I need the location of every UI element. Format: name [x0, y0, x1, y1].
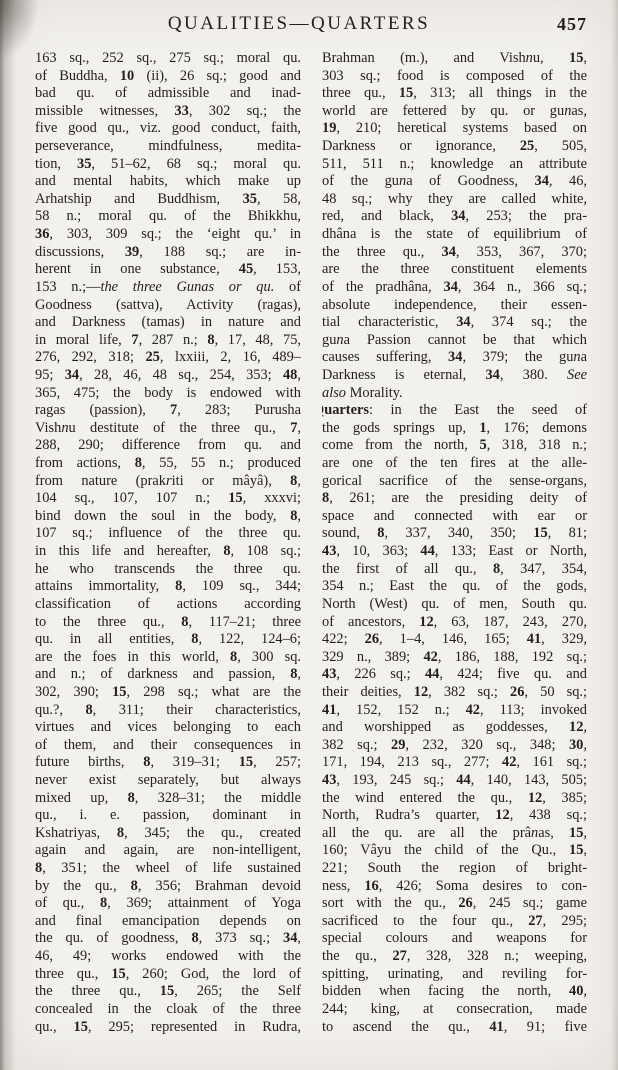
text-line: three qu., 15, 313; all things in the	[322, 85, 587, 103]
text-line: 221; South the region of bright-	[322, 860, 587, 878]
text-line: 46, 49; works endowed with the	[35, 948, 301, 966]
text-line: mixed up, 8, 328–31; the middle	[35, 790, 301, 808]
text-line: 104 sq., 107, 107 n.; 15, xxxvi;	[35, 490, 301, 508]
text-line: of them, and their consequences in	[35, 737, 301, 755]
text-line: Quarters: in the East the seed of	[322, 402, 587, 420]
text-line: 303 sq.; food is composed of the	[322, 68, 587, 86]
text-line: ness, 16, 426; Soma desires to con-	[322, 878, 587, 896]
text-line: he who transcends the three qu.	[35, 561, 301, 579]
text-line: the wind entered the qu., 12, 385;	[322, 790, 587, 808]
text-line: of the pradhâna, 34, 364 n., 366 sq.;	[322, 279, 587, 297]
text-line: 107 sq.; influence of the three qu.	[35, 525, 301, 543]
text-line: of qu., 8, 369; attainment of Yoga	[35, 895, 301, 913]
text-line: never exist separately, but always	[35, 772, 301, 790]
text-line: world are fettered by qu. or gunas,	[322, 103, 587, 121]
text-line: 160; Vâyu the child of the Qu., 15,	[322, 842, 587, 860]
text-line: 8, 261; are the presiding deity of	[322, 490, 587, 508]
text-line: the qu. of goodness, 8, 373 sq.; 34,	[35, 930, 301, 948]
text-line: guna Passion cannot be that which	[322, 332, 587, 350]
text-line: space and connected with ear or	[322, 508, 587, 526]
text-line: tion, 35, 51–62, 68 sq.; moral qu.	[35, 156, 301, 174]
text-line: 171, 194, 213 sq., 277; 42, 161 sq.;	[322, 754, 587, 772]
text-line: the three qu., 34, 353, 367, 370;	[322, 244, 587, 262]
running-header: QUALITIES—QUARTERS	[0, 13, 608, 35]
text-line: causes suffering, 34, 379; the guna	[322, 349, 587, 367]
text-line: of Buddha, 10 (ii), 26 sq.; good and	[35, 68, 301, 86]
text-line: all the qu. are all the prânas, 15,	[322, 825, 587, 843]
text-line: 43, 10, 363; 44, 133; East or North,	[322, 543, 587, 561]
text-line: come from the north, 5, 318, 318 n.;	[322, 437, 587, 455]
page-number: 457	[557, 14, 587, 35]
text-line: and Darkness (tamas) in nature and	[35, 314, 301, 332]
text-line: tial characteristic, 34, 374 sq.; the	[322, 314, 587, 332]
text-line: qu., 15, 295; represented in Rudra,	[35, 1019, 301, 1037]
text-line: absolute independence, their essen-	[322, 297, 587, 315]
text-line: their deities, 12, 382 sq.; 26, 50 sq.;	[322, 684, 587, 702]
text-line: and worshipped as goddesses, 12,	[322, 719, 587, 737]
text-line: are the foes in this world, 8, 300 sq.	[35, 649, 301, 667]
text-line: and final emancipation depends on	[35, 913, 301, 931]
text-line: Vishnu destitute of the three qu., 7,	[35, 420, 301, 438]
text-line: missible witnesses, 33, 302 sq.; the	[35, 103, 301, 121]
text-line: herent in one substance, 45, 153,	[35, 261, 301, 279]
text-line: to the three qu., 8, 117–21; three	[35, 614, 301, 632]
text-line: red, and black, 34, 253; the pra-	[322, 208, 587, 226]
text-line: 276, 292, 318; 25, lxxiii, 2, 16, 489–	[35, 349, 301, 367]
text-line: bind down the soul in the body, 8,	[35, 508, 301, 526]
text-line: 43, 193, 245 sq.; 44, 140, 143, 505;	[322, 772, 587, 790]
scanned-page: QUALITIES—QUARTERS 457 163 sq., 252 sq.,…	[0, 0, 618, 1070]
text-line: attains immortality, 8, 109 sq., 344;	[35, 578, 301, 596]
text-line: also Morality.	[322, 385, 587, 403]
text-line: North, Rudra’s quarter, 12, 438 sq.;	[322, 807, 587, 825]
text-line: dhâna is the state of equilibrium of	[322, 226, 587, 244]
text-line: 43, 226 sq.; 44, 424; five qu. and	[322, 666, 587, 684]
text-line: discussions, 39, 188 sq.; are in-	[35, 244, 301, 262]
text-line: 511, 511 n.; knowledge an attribute	[322, 156, 587, 174]
text-line: are one of the ten fires at the alle-	[322, 455, 587, 473]
text-line: again and again, are non-intelligent,	[35, 842, 301, 860]
text-line: three qu., 15, 260; God, the lord of	[35, 966, 301, 984]
text-line: the qu., 27, 328, 328 n.; weeping,	[322, 948, 587, 966]
text-line: bidden when facing the north, 40,	[322, 983, 587, 1001]
text-line: 95; 34, 28, 46, 48 sq., 254, 353; 48,	[35, 367, 301, 385]
column-right: Brahman (m.), and Vishnu, 15,303 sq.; fo…	[313, 50, 587, 1036]
text-line: Arhatship and Buddhism, 35, 58,	[35, 191, 301, 209]
text-line: 153 n.;—the three Gunas or qu. of	[35, 279, 301, 297]
page-header: QUALITIES—QUARTERS 457	[0, 13, 618, 39]
text-line: 302, 390; 15, 298 sq.; what are the	[35, 684, 301, 702]
text-line: from actions, 8, 55, 55 n.; produced	[35, 455, 301, 473]
text-line: and n.; of darkness and passion, 8,	[35, 666, 301, 684]
text-line: 365, 475; the body is endowed with	[35, 385, 301, 403]
text-line: qu., i. e. passion, dominant in	[35, 807, 301, 825]
column-left: 163 sq., 252 sq., 275 sq.; moral qu.of B…	[35, 50, 301, 1036]
text-line: 19, 210; heretical systems based on	[322, 120, 587, 138]
text-line: Darkness or ignorance, 25, 505,	[322, 138, 587, 156]
text-line: virtues and vices belonging to each	[35, 719, 301, 737]
text-line: Kshatriyas, 8, 345; the qu., created	[35, 825, 301, 843]
text-line: and mental habits, which make up	[35, 173, 301, 191]
text-line: bad qu. of admissible and inad-	[35, 85, 301, 103]
text-line: 48 sq.; why they are called white,	[322, 191, 587, 209]
text-line: Brahman (m.), and Vishnu, 15,	[322, 50, 587, 68]
text-line: 8, 351; the wheel of life sustained	[35, 860, 301, 878]
text-line: the gods springs up, 1, 176; demons	[322, 420, 587, 438]
text-line: the three qu., 15, 265; the Self	[35, 983, 301, 1001]
text-line: five good qu., viz. good conduct, faith,	[35, 120, 301, 138]
text-line: are the three constituent elements	[322, 261, 587, 279]
text-line: in this life and hereafter, 8, 108 sq.;	[35, 543, 301, 561]
text-line: of ancestors, 12, 63, 187, 243, 270,	[322, 614, 587, 632]
text-line: sound, 8, 337, 340, 350; 15, 81;	[322, 525, 587, 543]
text-line: of the guna of Goodness, 34, 46,	[322, 173, 587, 191]
text-line: 288, 290; difference from qu. and	[35, 437, 301, 455]
text-line: qu.?, 8, 311; their characteristics,	[35, 702, 301, 720]
scan-shadow-right	[611, 0, 618, 1070]
text-line: 422; 26, 1–4, 146, 165; 41, 329,	[322, 631, 587, 649]
text-line: future births, 8, 319–31; 15, 257;	[35, 754, 301, 772]
text-line: 329 n., 389; 42, 186, 188, 192 sq.;	[322, 649, 587, 667]
text-line: perseverance, mindfulness, medita-	[35, 138, 301, 156]
text-line: the first of all qu., 8, 347, 354,	[322, 561, 587, 579]
text-line: concealed in the cloak of the three	[35, 1001, 301, 1019]
text-line: North (West) qu. of men, South qu.	[322, 596, 587, 614]
text-line: from nature (prakriti or mâyâ), 8,	[35, 473, 301, 491]
text-line: spitting, urinating, and reviling for-	[322, 966, 587, 984]
text-line: ragas (passion), 7, 283; Purusha	[35, 402, 301, 420]
text-line: by the qu., 8, 356; Brahman devoid	[35, 878, 301, 896]
text-line: sacrificed to the four qu., 27, 295;	[322, 913, 587, 931]
scan-shadow-left	[0, 0, 16, 1070]
text-line: 354 n.; East the qu. of the gods,	[322, 578, 587, 596]
text-line: to ascend the qu., 41, 91; five	[322, 1019, 587, 1037]
text-line: Goodness (sattva), Activity (ragas),	[35, 297, 301, 315]
text-line: gorical sacrifice of the sense-organs,	[322, 473, 587, 491]
text-line: sort with the qu., 26, 245 sq.; game	[322, 895, 587, 913]
text-line: 41, 152, 152 n.; 42, 113; invoked	[322, 702, 587, 720]
text-line: qu. in all entities, 8, 122, 124–6;	[35, 631, 301, 649]
text-line: in moral life, 7, 287 n.; 8, 17, 48, 75,	[35, 332, 301, 350]
text-line: classification of actions according	[35, 596, 301, 614]
text-line: 244; king, at consecration, made	[322, 1001, 587, 1019]
text-line: 36, 303, 309 sq.; the ‘eight qu.’ in	[35, 226, 301, 244]
text-line: Darkness is eternal, 34, 380. See	[322, 367, 587, 385]
text-line: special colours and weapons for	[322, 930, 587, 948]
text-line: 382 sq.; 29, 232, 320 sq., 348; 30,	[322, 737, 587, 755]
text-line: 58 n.; moral qu. of the Bhikkhu,	[35, 208, 301, 226]
text-line: 163 sq., 252 sq., 275 sq.; moral qu.	[35, 50, 301, 68]
